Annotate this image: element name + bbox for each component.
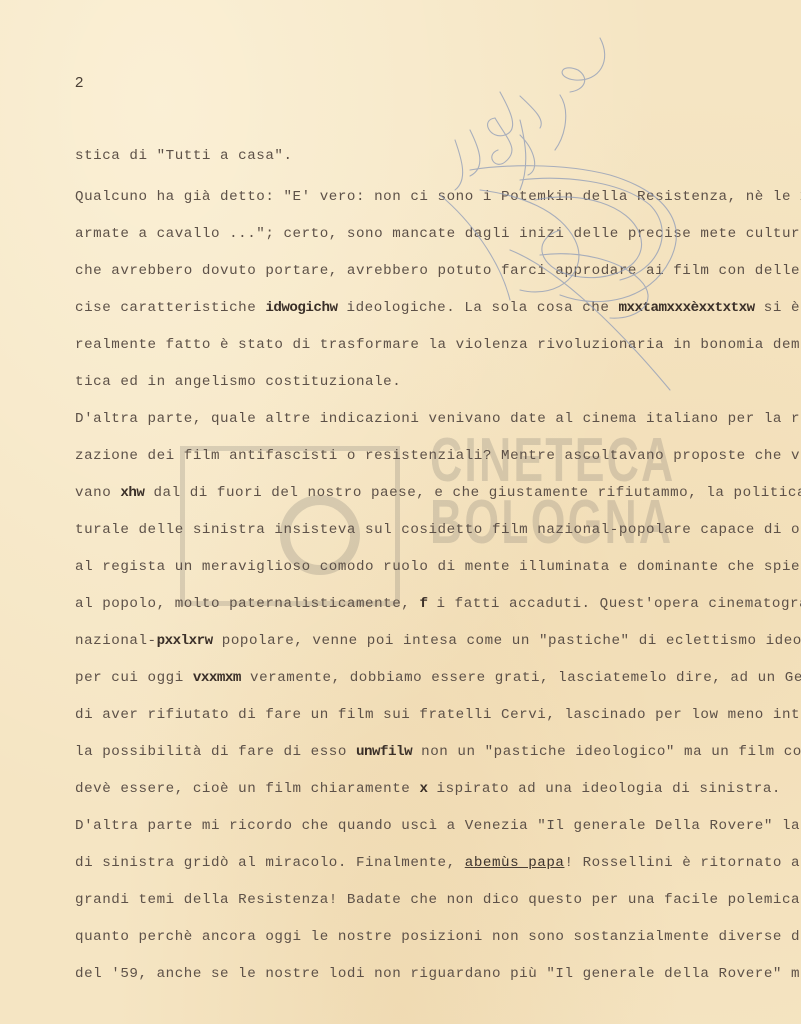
line-text: ideologiche. La sola cosa che	[337, 300, 618, 316]
line-text: non un "pastiche ideologico" ma un film …	[412, 744, 801, 760]
line-text: i fatti accaduti. Quest'opera cinematogr…	[427, 596, 801, 612]
line-text: popolare, venne poi intesa come un "past…	[213, 633, 801, 649]
typed-strikeout: xhw	[120, 485, 144, 501]
line-text: si è	[755, 300, 800, 316]
typed-strikeout: idwogichw	[265, 300, 337, 316]
line-text: del '59, anche se le nostre lodi non rig…	[75, 966, 801, 982]
line-text: la possibilità di fare di esso	[75, 744, 356, 760]
text-line: di sinistra gridò al miracolo. Finalment…	[75, 855, 801, 871]
text-line: tica ed in angelismo costituzionale.	[75, 374, 401, 390]
text-line: turale delle sinistra insisteva sul cosi…	[75, 522, 801, 538]
text-line: del '59, anche se le nostre lodi non rig…	[75, 966, 801, 982]
text-line: vano xhw dal di fuori del nostro paese, …	[75, 485, 801, 501]
text-line: per cui oggi vxxmxm veramente, dobbiamo …	[75, 670, 801, 686]
line-text: realmente fatto è stato di trasformare l…	[75, 337, 801, 353]
line-text: di aver rifiutato di fare un film sui fr…	[75, 707, 801, 723]
typed-strikeout: pxxlxrw	[157, 633, 213, 649]
page-number: 2	[75, 74, 83, 91]
line-text: ! Rossellini è ritornato ai	[564, 855, 801, 871]
line-text: vano	[75, 485, 120, 501]
line-text: zazione dei film antifascisti o resisten…	[75, 448, 801, 464]
line-text: D'altra parte, quale altre indicazioni v…	[75, 411, 801, 427]
text-line: grandi temi della Resistenza! Badate che…	[75, 892, 801, 908]
typed-strikeout: vxxmxm	[193, 670, 241, 686]
line-text: veramente, dobbiamo essere grati, lascia…	[241, 670, 801, 686]
line-text: per cui oggi	[75, 670, 193, 686]
line-text: dal di fuori del nostro paese, e che giu…	[144, 485, 801, 501]
text-line: cise caratteristiche idwogichw ideologic…	[75, 300, 800, 316]
line-text: quanto perchè ancora oggi le nostre posi…	[75, 929, 801, 945]
text-line: al regista un meraviglioso comodo ruolo …	[75, 559, 801, 575]
text-line: al popolo, molto paternalisticamente, f …	[75, 596, 801, 612]
underlined-phrase: abemùs papa	[465, 855, 565, 871]
text-line: devè essere, cioè un film chiaramente x …	[75, 781, 781, 797]
line-text: tica ed in angelismo costituzionale.	[75, 374, 401, 390]
line-text: che avrebbero dovuto portare, avrebbero …	[75, 263, 801, 279]
text-line: che avrebbero dovuto portare, avrebbero …	[75, 263, 801, 279]
line-text: grandi temi della Resistenza! Badate che…	[75, 892, 801, 908]
text-line: stica di "Tutti a casa".	[75, 148, 293, 164]
typed-strikeout: unwfilw	[356, 744, 412, 760]
line-text: stica di "Tutti a casa".	[75, 148, 293, 164]
text-line: Qualcuno ha già detto: "E' vero: non ci …	[75, 189, 801, 205]
text-line: nazional-pxxlxrw popolare, venne poi int…	[75, 633, 801, 649]
text-line: zazione dei film antifascisti o resisten…	[75, 448, 801, 464]
text-line: di aver rifiutato di fare un film sui fr…	[75, 707, 801, 723]
typed-strikeout: mxxtamxxxèxxtxtxw	[618, 300, 754, 316]
line-text: devè essere, cioè un film chiaramente	[75, 781, 419, 797]
text-line: D'altra parte, quale altre indicazioni v…	[75, 411, 801, 427]
line-text: turale delle sinistra insisteva sul cosi…	[75, 522, 801, 538]
line-text: D'altra parte mi ricordo che quando uscì…	[75, 818, 801, 834]
text-line: la possibilità di fare di esso unwfilw n…	[75, 744, 801, 760]
line-text: armate a cavallo ..."; certo, sono manca…	[75, 226, 801, 242]
text-line: armate a cavallo ..."; certo, sono manca…	[75, 226, 801, 242]
text-line: realmente fatto è stato di trasformare l…	[75, 337, 801, 353]
line-text: di sinistra gridò al miracolo. Finalment…	[75, 855, 465, 871]
line-text: Qualcuno ha già detto: "E' vero: non ci …	[75, 189, 800, 205]
text-line: quanto perchè ancora oggi le nostre posi…	[75, 929, 801, 945]
line-text: al popolo, molto paternalisticamente,	[75, 596, 419, 612]
line-text: ispirato ad una ideologia di sinistra.	[427, 781, 781, 797]
text-line: D'altra parte mi ricordo che quando uscì…	[75, 818, 801, 834]
line-text: cise caratteristiche	[75, 300, 265, 316]
line-text: nazional-	[75, 633, 157, 649]
line-text: al regista un meraviglioso comodo ruolo …	[75, 559, 801, 575]
